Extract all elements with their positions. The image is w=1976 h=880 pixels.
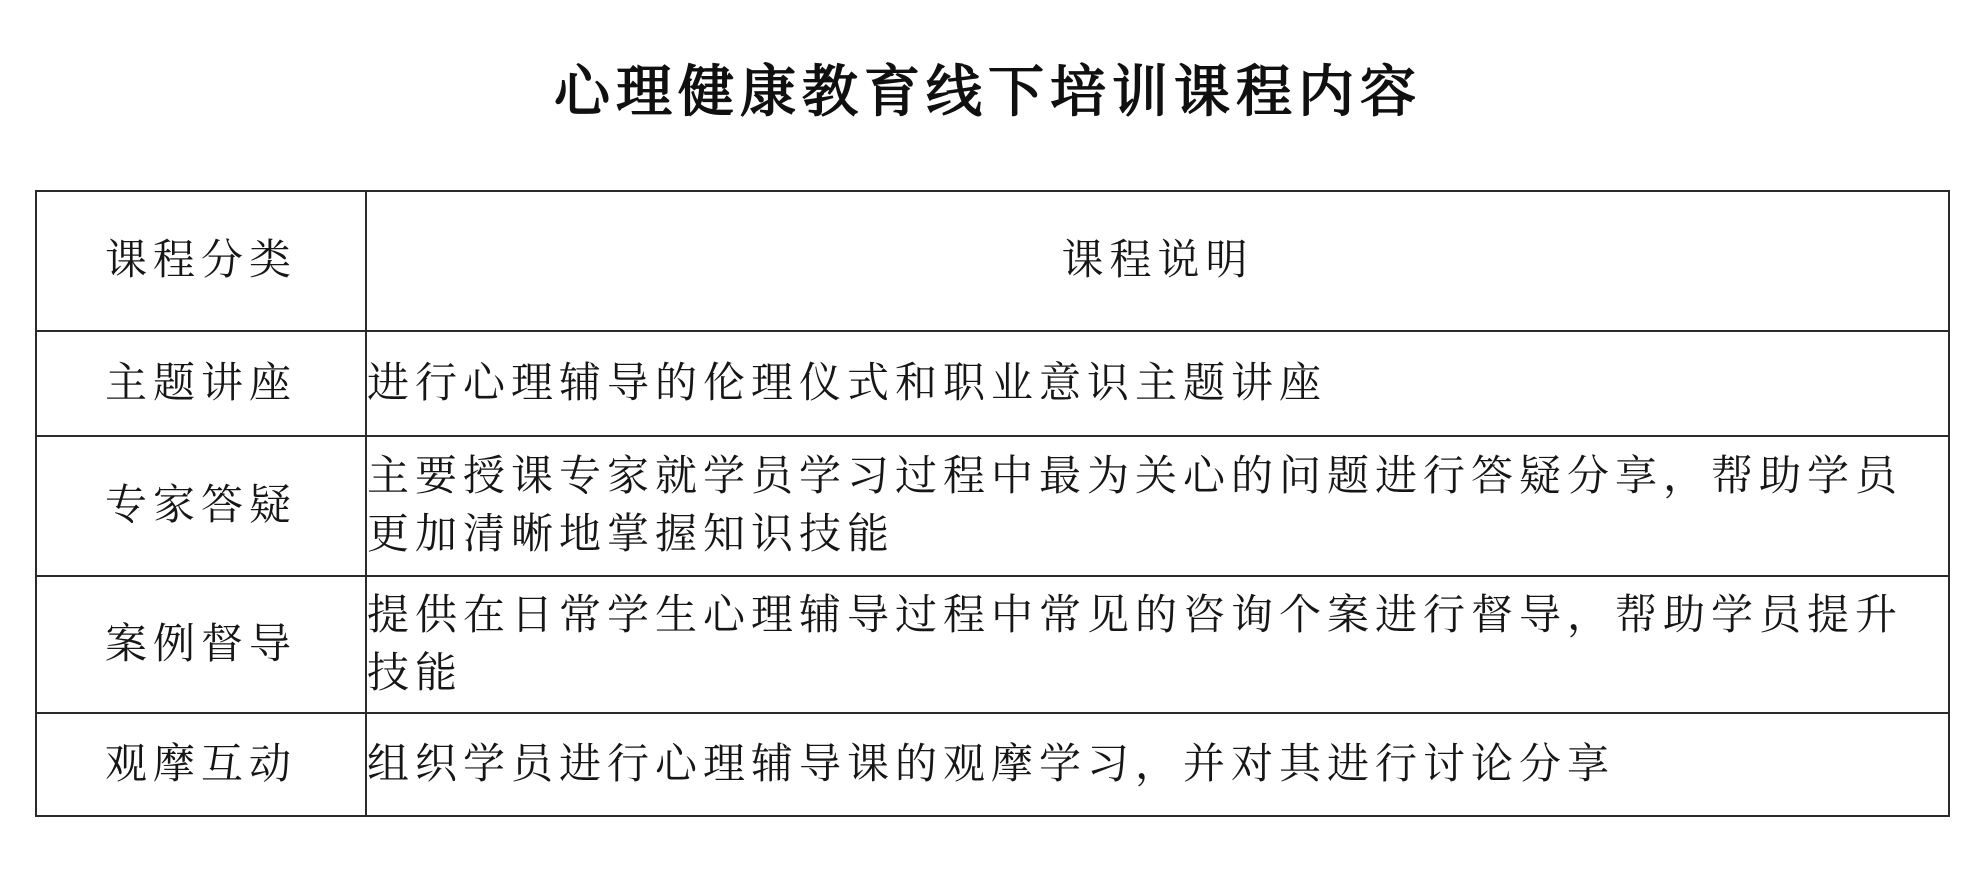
page-title: 心理健康教育线下培训课程内容 <box>0 48 1976 128</box>
category-cell: 专家答疑 <box>36 436 366 576</box>
table-row: 观摩互动 组织学员进行心理辅导课的观摩学习，并对其进行讨论分享 <box>36 713 1949 816</box>
category-cell: 案例督导 <box>36 576 366 713</box>
table-header-row: 课程分类 课程说明 <box>36 191 1949 331</box>
description-cell: 提供在日常学生心理辅导过程中常见的咨询个案进行督导，帮助学员提升技能 <box>366 576 1949 713</box>
document-page: 心理健康教育线下培训课程内容 课程分类 课程说明 主题讲座 进行心理辅导的伦理仪… <box>0 0 1976 880</box>
category-column-header: 课程分类 <box>36 191 366 331</box>
table-row: 主题讲座 进行心理辅导的伦理仪式和职业意识主题讲座 <box>36 331 1949 436</box>
course-table: 课程分类 课程说明 主题讲座 进行心理辅导的伦理仪式和职业意识主题讲座 专家答疑… <box>35 190 1950 817</box>
category-cell: 主题讲座 <box>36 331 366 436</box>
table-row: 案例督导 提供在日常学生心理辅导过程中常见的咨询个案进行督导，帮助学员提升技能 <box>36 576 1949 713</box>
category-cell: 观摩互动 <box>36 713 366 816</box>
description-cell: 组织学员进行心理辅导课的观摩学习，并对其进行讨论分享 <box>366 713 1949 816</box>
description-cell: 进行心理辅导的伦理仪式和职业意识主题讲座 <box>366 331 1949 436</box>
description-column-header: 课程说明 <box>366 191 1949 331</box>
description-cell: 主要授课专家就学员学习过程中最为关心的问题进行答疑分享，帮助学员更加清晰地掌握知… <box>366 436 1949 576</box>
table-row: 专家答疑 主要授课专家就学员学习过程中最为关心的问题进行答疑分享，帮助学员更加清… <box>36 436 1949 576</box>
